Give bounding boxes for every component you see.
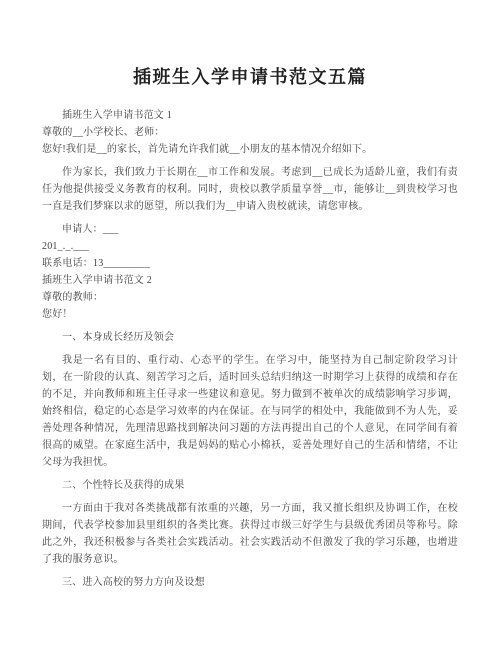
doc2-section1-paragraph: 我是一名有目的、重行动、心态平的学生。在学习中，能坚持为自己制定阶段学习计划，在… [42, 352, 458, 471]
doc2-section2-heading: 二、个性特长及获得的成果 [42, 477, 458, 494]
doc2-salutation: 尊敬的教师： [42, 289, 458, 306]
doc2-greeting: 您好！ [42, 306, 458, 323]
doc1-subtitle: 插班生入学申请书范文 1 [42, 107, 458, 124]
doc1-salutation: 尊敬的__小学校长、老师： [42, 124, 458, 141]
document-page: 插班生入学申请书范文五篇 插班生入学申请书范文 1 尊敬的__小学校长、老师： … [0, 0, 500, 647]
doc1-phone-line: 联系电话：13_________ [42, 255, 458, 272]
doc1-applicant-line: 申请人：___ [42, 221, 458, 238]
doc2-section3-heading: 三、进入高校的努力方向及设想 [42, 574, 458, 591]
doc1-date-line: 201_._.___ [42, 238, 458, 255]
doc2-section1-heading: 一、本身成长经历及领会 [42, 329, 458, 346]
doc2-subtitle: 插班生入学申请书范文 2 [42, 272, 458, 289]
doc2-section2-paragraph: 一方面由于我对各类挑战都有浓重的兴趣，另一方面，我又擅长组织及协调工作，在校期间… [42, 500, 458, 568]
document-title: 插班生入学申请书范文五篇 [42, 66, 458, 88]
doc1-body-paragraph: 作为家长，我们致力于长期在__市工作和发展。考虑到__已成长为适龄儿童，我们有责… [42, 164, 458, 215]
doc1-greeting: 您好!我们是__的家长，首先请允许我们就__小朋友的基本情况介绍如下。 [42, 141, 458, 158]
